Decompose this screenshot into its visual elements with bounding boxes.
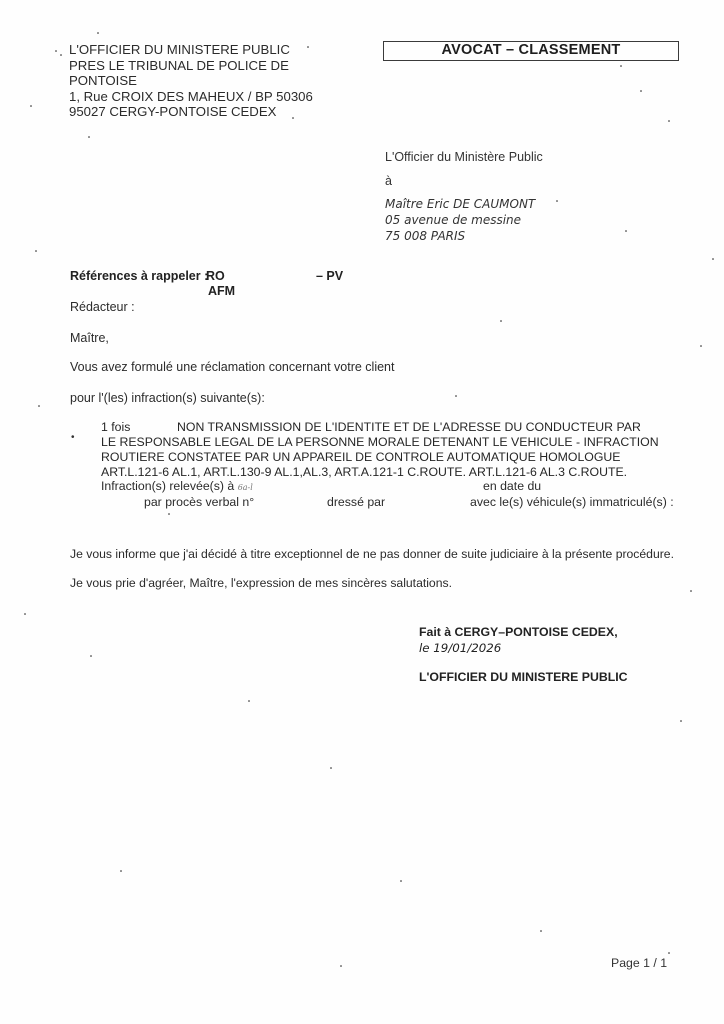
intro-paragraph: Vous avez formulé une réclamation concer… [70,360,394,374]
infraction-text: NON TRANSMISSION DE L'IDENTITE ET DE L'A… [177,420,641,434]
from-label: L'Officier du Ministère Public [385,150,543,164]
recipient-name: Maître Eric DE CAUMONT [385,196,535,212]
salutation: Maître, [70,331,109,345]
recipient-city: 75 008 PARIS [385,228,535,244]
recipient-address-block: Maître Eric DE CAUMONT 05 avenue de mess… [385,196,535,244]
pv-number-label: par procès verbal n° [144,495,254,509]
releve-line: Infraction(s) relevée(s) à 6a-l [101,479,253,493]
closing-paragraph: Je vous prie d'agréer, Maître, l'express… [70,576,452,590]
sender-address-block: L'OFFICIER DU MINISTERE PUBLIC PRES LE T… [69,42,313,120]
page-number: Page 1 / 1 [611,956,667,970]
sender-line: 95027 CERGY-PONTOISE CEDEX [69,104,313,120]
infraction-block: 1 foisNON TRANSMISSION DE L'IDENTITE ET … [101,420,659,480]
vehicle-label: avec le(s) véhicule(s) immatriculé(s) : [470,495,674,509]
redacteur-label: Rédacteur : [70,300,135,314]
bullet-marker: • [71,432,75,443]
signature-place: Fait à CERGY–PONTOISE CEDEX, [419,624,628,640]
dresse-par-label: dressé par [327,495,385,509]
sender-line: PRES LE TRIBUNAL DE POLICE DE [69,58,313,74]
infraction-line-1: 1 foisNON TRANSMISSION DE L'IDENTITE ET … [101,420,659,435]
handwritten-annotation: 6a-l [238,483,253,492]
sender-line: L'OFFICIER DU MINISTERE PUBLIC [69,42,313,58]
infractions-intro: pour l'(les) infraction(s) suivante(s): [70,391,265,405]
reference-afm: AFM [208,284,235,298]
to-word: à [385,174,392,188]
decision-paragraph: Je vous informe que j'ai décidé à titre … [70,547,674,561]
infraction-count: 1 fois [101,420,177,435]
sender-line: PONTOISE [69,73,313,89]
signature-officer: L'OFFICIER DU MINISTERE PUBLIC [419,669,628,685]
infraction-text: LE RESPONSABLE LEGAL DE LA PERSONNE MORA… [101,435,659,450]
infraction-text: ART.L.121-6 AL.1, ART.L.130-9 AL.1,AL.3,… [101,465,659,480]
releve-label: Infraction(s) relevée(s) à [101,479,234,493]
infraction-text: ROUTIERE CONSTATEE PAR UN APPAREIL DE CO… [101,450,659,465]
reference-pv: – PV [316,269,343,283]
references-label: Références à rappeler : [70,269,208,283]
date-label: en date du [483,479,541,493]
reference-ro: RO [206,269,225,283]
signature-block: Fait à CERGY–PONTOISE CEDEX, le 19/01/20… [419,624,628,685]
signature-date: le 19/01/2026 [419,640,628,656]
recipient-street: 05 avenue de messine [385,212,535,228]
sender-line: 1, Rue CROIX DES MAHEUX / BP 50306 [69,89,313,105]
document-title-box: AVOCAT – CLASSEMENT [383,41,679,61]
